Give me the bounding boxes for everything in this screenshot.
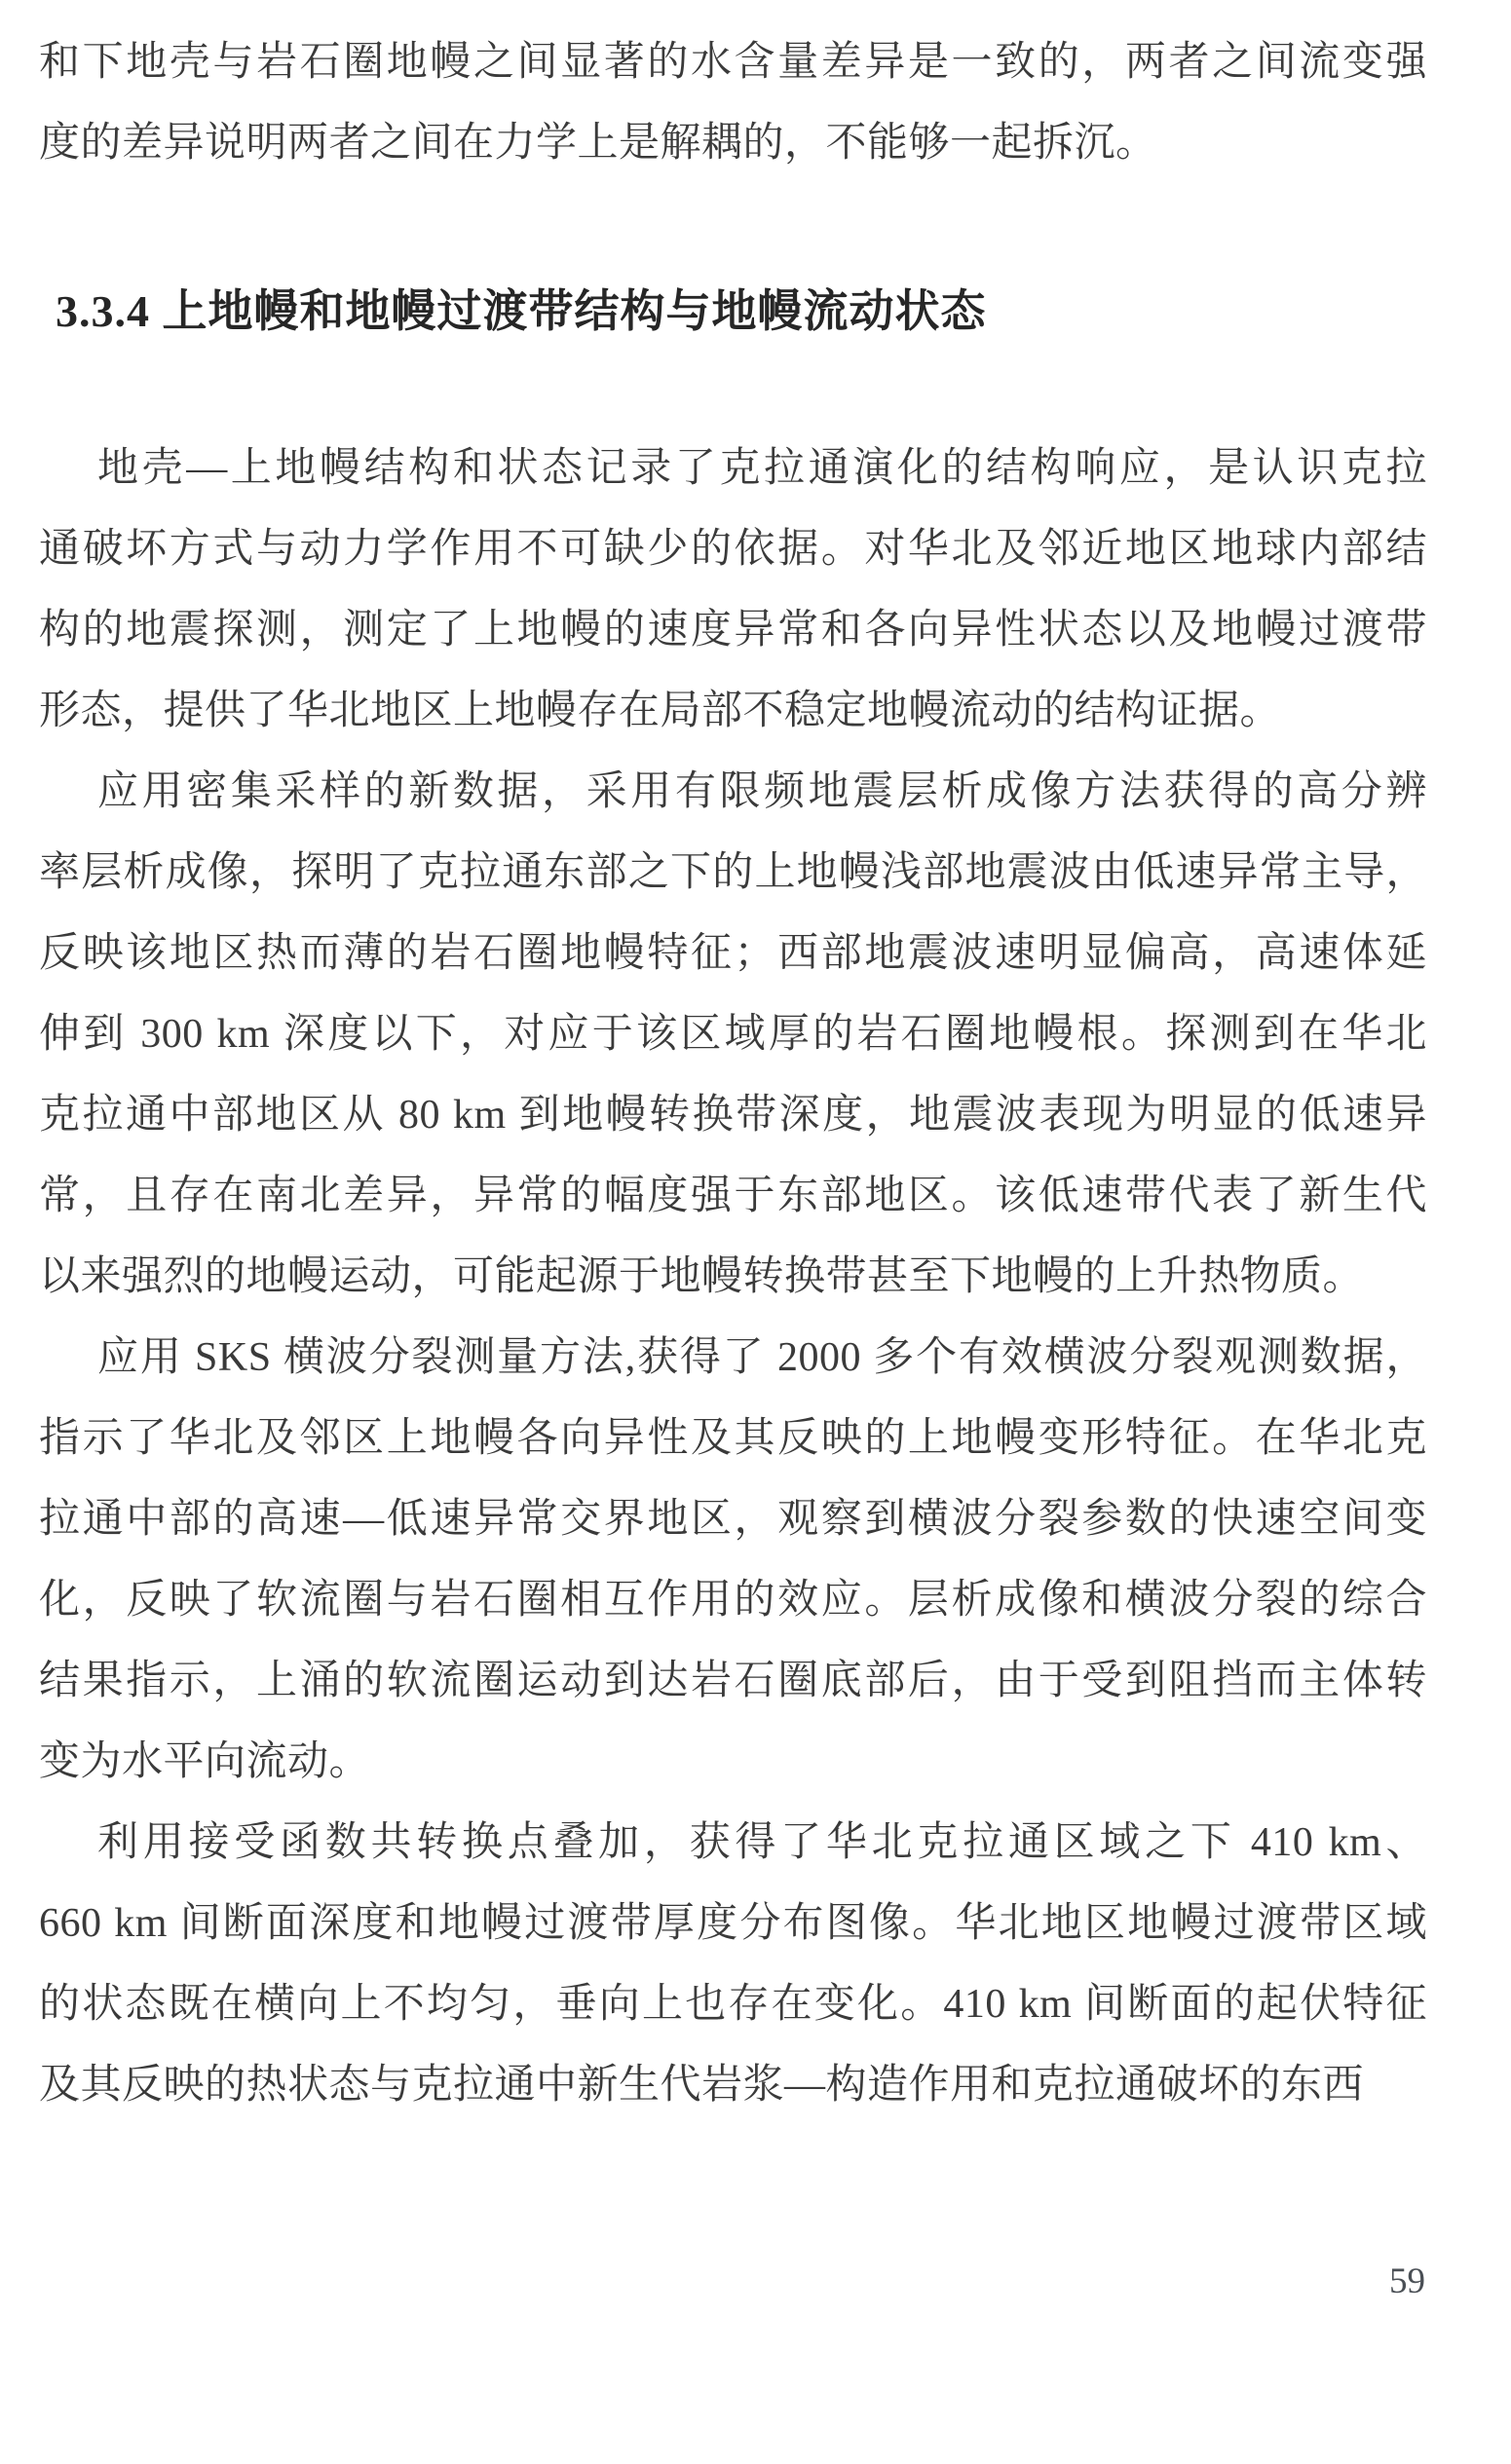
text-line: 利用接受函数共转换点叠加，获得了华北克拉通区域之下 410 km、 xyxy=(39,1803,1427,1884)
document-page: 和下地壳与岩石圈地幔之间显著的水含量差异是一致的，两者之间流变强度的差异说明两者… xyxy=(0,0,1511,2464)
text-line: 形态，提供了华北地区上地幔存在局部不稳定地幔流动的结构证据。 xyxy=(39,671,1427,752)
text-line: 克拉通中部地区从 80 km 到地幔转换带深度，地震波表现为明显的低速异 xyxy=(39,1075,1427,1156)
text-line: 以来强烈的地幔运动，可能起源于地幔转换带甚至下地幔的上升热物质。 xyxy=(39,1237,1427,1318)
page-number: 59 xyxy=(39,2258,1427,2306)
section-heading: 3.3.4 上地幔和地幔过渡带结构与地幔流动状态 xyxy=(39,282,1427,341)
intro-paragraph: 和下地壳与岩石圈地幔之间显著的水含量差异是一致的，两者之间流变强度的差异说明两者… xyxy=(39,22,1427,184)
text-line: 化，反映了软流圈与岩石圈相互作用的效应。层析成像和横波分裂的综合 xyxy=(39,1560,1427,1641)
page-content: 和下地壳与岩石圈地幔之间显著的水含量差异是一致的，两者之间流变强度的差异说明两者… xyxy=(39,22,1427,2306)
text-line: 和下地壳与岩石圈地幔之间显著的水含量差异是一致的，两者之间流变强 xyxy=(39,22,1427,103)
text-line: 度的差异说明两者之间在力学上是解耦的，不能够一起拆沉。 xyxy=(39,103,1427,184)
text-line: 的状态既在横向上不均匀，垂向上也存在变化。410 km 间断面的起伏特征 xyxy=(39,1964,1427,2045)
body-paragraphs: 地壳—上地幔结构和状态记录了克拉通演化的结构响应，是认识克拉通破坏方式与动力学作… xyxy=(39,429,1427,2126)
paragraph: 利用接受函数共转换点叠加，获得了华北克拉通区域之下 410 km、660 km … xyxy=(39,1803,1427,2126)
text-line: 构的地震探测，测定了上地幔的速度异常和各向异性状态以及地幔过渡带 xyxy=(39,590,1427,671)
text-line: 伸到 300 km 深度以下，对应于该区域厚的岩石圈地幔根。探测到在华北 xyxy=(39,994,1427,1075)
text-line: 及其反映的热状态与克拉通中新生代岩浆—构造作用和克拉通破坏的东西 xyxy=(39,2045,1427,2126)
paragraph: 地壳—上地幔结构和状态记录了克拉通演化的结构响应，是认识克拉通破坏方式与动力学作… xyxy=(39,429,1427,752)
paragraph: 应用 SKS 横波分裂测量方法,获得了 2000 多个有效横波分裂观测数据，指示… xyxy=(39,1318,1427,1803)
text-line: 应用 SKS 横波分裂测量方法,获得了 2000 多个有效横波分裂观测数据， xyxy=(39,1318,1427,1399)
text-line: 地壳—上地幔结构和状态记录了克拉通演化的结构响应，是认识克拉 xyxy=(39,429,1427,509)
text-line: 660 km 间断面深度和地幔过渡带厚度分布图像。华北地区地幔过渡带区域 xyxy=(39,1884,1427,1964)
text-line: 率层析成像，探明了克拉通东部之下的上地幔浅部地震波由低速异常主导， xyxy=(39,833,1427,914)
text-line: 常，且存在南北差异，异常的幅度强于东部地区。该低速带代表了新生代 xyxy=(39,1156,1427,1237)
text-line: 拉通中部的高速—低速异常交界地区，观察到横波分裂参数的快速空间变 xyxy=(39,1479,1427,1560)
paragraph: 应用密集采样的新数据，采用有限频地震层析成像方法获得的高分辨率层析成像，探明了克… xyxy=(39,752,1427,1318)
text-line: 通破坏方式与动力学作用不可缺少的依据。对华北及邻近地区地球内部结 xyxy=(39,509,1427,590)
text-line: 结果指示，上涌的软流圈运动到达岩石圈底部后，由于受到阻挡而主体转 xyxy=(39,1641,1427,1722)
text-line: 反映该地区热而薄的岩石圈地幔特征；西部地震波速明显偏高，高速体延 xyxy=(39,914,1427,994)
text-line: 应用密集采样的新数据，采用有限频地震层析成像方法获得的高分辨 xyxy=(39,752,1427,833)
text-line: 变为水平向流动。 xyxy=(39,1722,1427,1803)
text-line: 指示了华北及邻区上地幔各向异性及其反映的上地幔变形特征。在华北克 xyxy=(39,1399,1427,1479)
